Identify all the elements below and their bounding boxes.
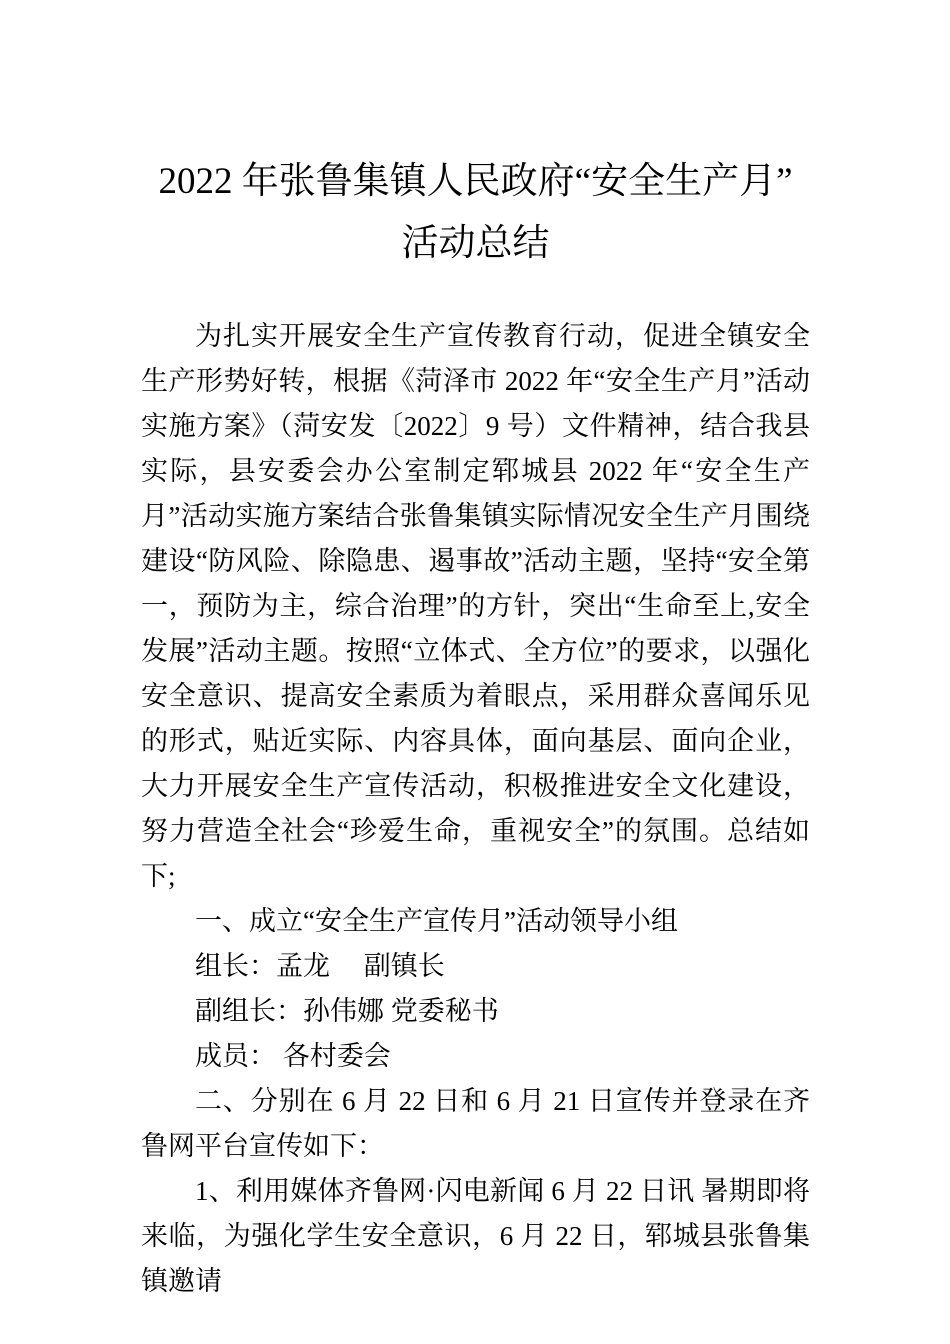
paragraph-deputy-leader: 副组长：孙伟娜 党委秘书	[141, 989, 810, 1034]
title-line-2: 活动总结	[141, 213, 810, 275]
paragraph-members: 成员： 各村委会	[141, 1034, 810, 1079]
paragraph-section-2-heading: 二、分别在 6 月 22 日和 6 月 21 日宣传并登录在齐鲁网平台宣传如下：	[141, 1079, 810, 1169]
document-title: 2022 年张鲁集镇人民政府“安全生产月” 活动总结	[141, 151, 810, 275]
document-body: 为扎实开展安全生产宣传教育行动，促进全镇安全生产形势好转，根据《菏泽市 2022…	[141, 314, 810, 1304]
document-page: 2022 年张鲁集镇人民政府“安全生产月” 活动总结 为扎实开展安全生产宣传教育…	[0, 0, 950, 1344]
paragraph-item-1: 1、利用媒体齐鲁网·闪电新闻 6 月 22 日讯 暑期即将来临，为强化学生安全意…	[141, 1169, 810, 1304]
paragraph-intro: 为扎实开展安全生产宣传教育行动，促进全镇安全生产形势好转，根据《菏泽市 2022…	[141, 314, 810, 899]
paragraph-section-1-heading: 一、成立“安全生产宣传月”活动领导小组	[141, 899, 810, 944]
title-line-1: 2022 年张鲁集镇人民政府“安全生产月”	[141, 151, 810, 213]
paragraph-group-leader: 组长：孟龙 副镇长	[141, 944, 810, 989]
